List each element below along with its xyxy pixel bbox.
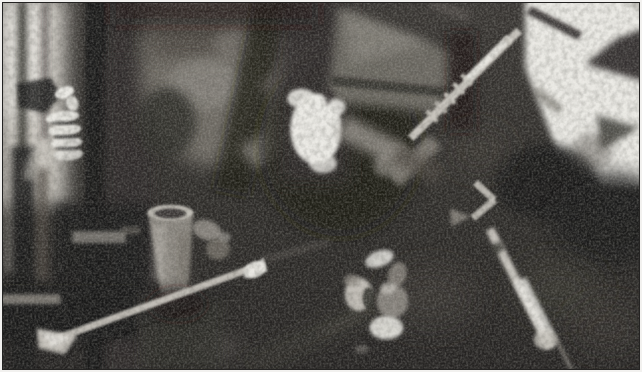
grain-fine [3, 3, 639, 369]
photo-canvas [3, 3, 639, 369]
photo-frame [2, 2, 640, 370]
historical-photograph [0, 0, 642, 372]
